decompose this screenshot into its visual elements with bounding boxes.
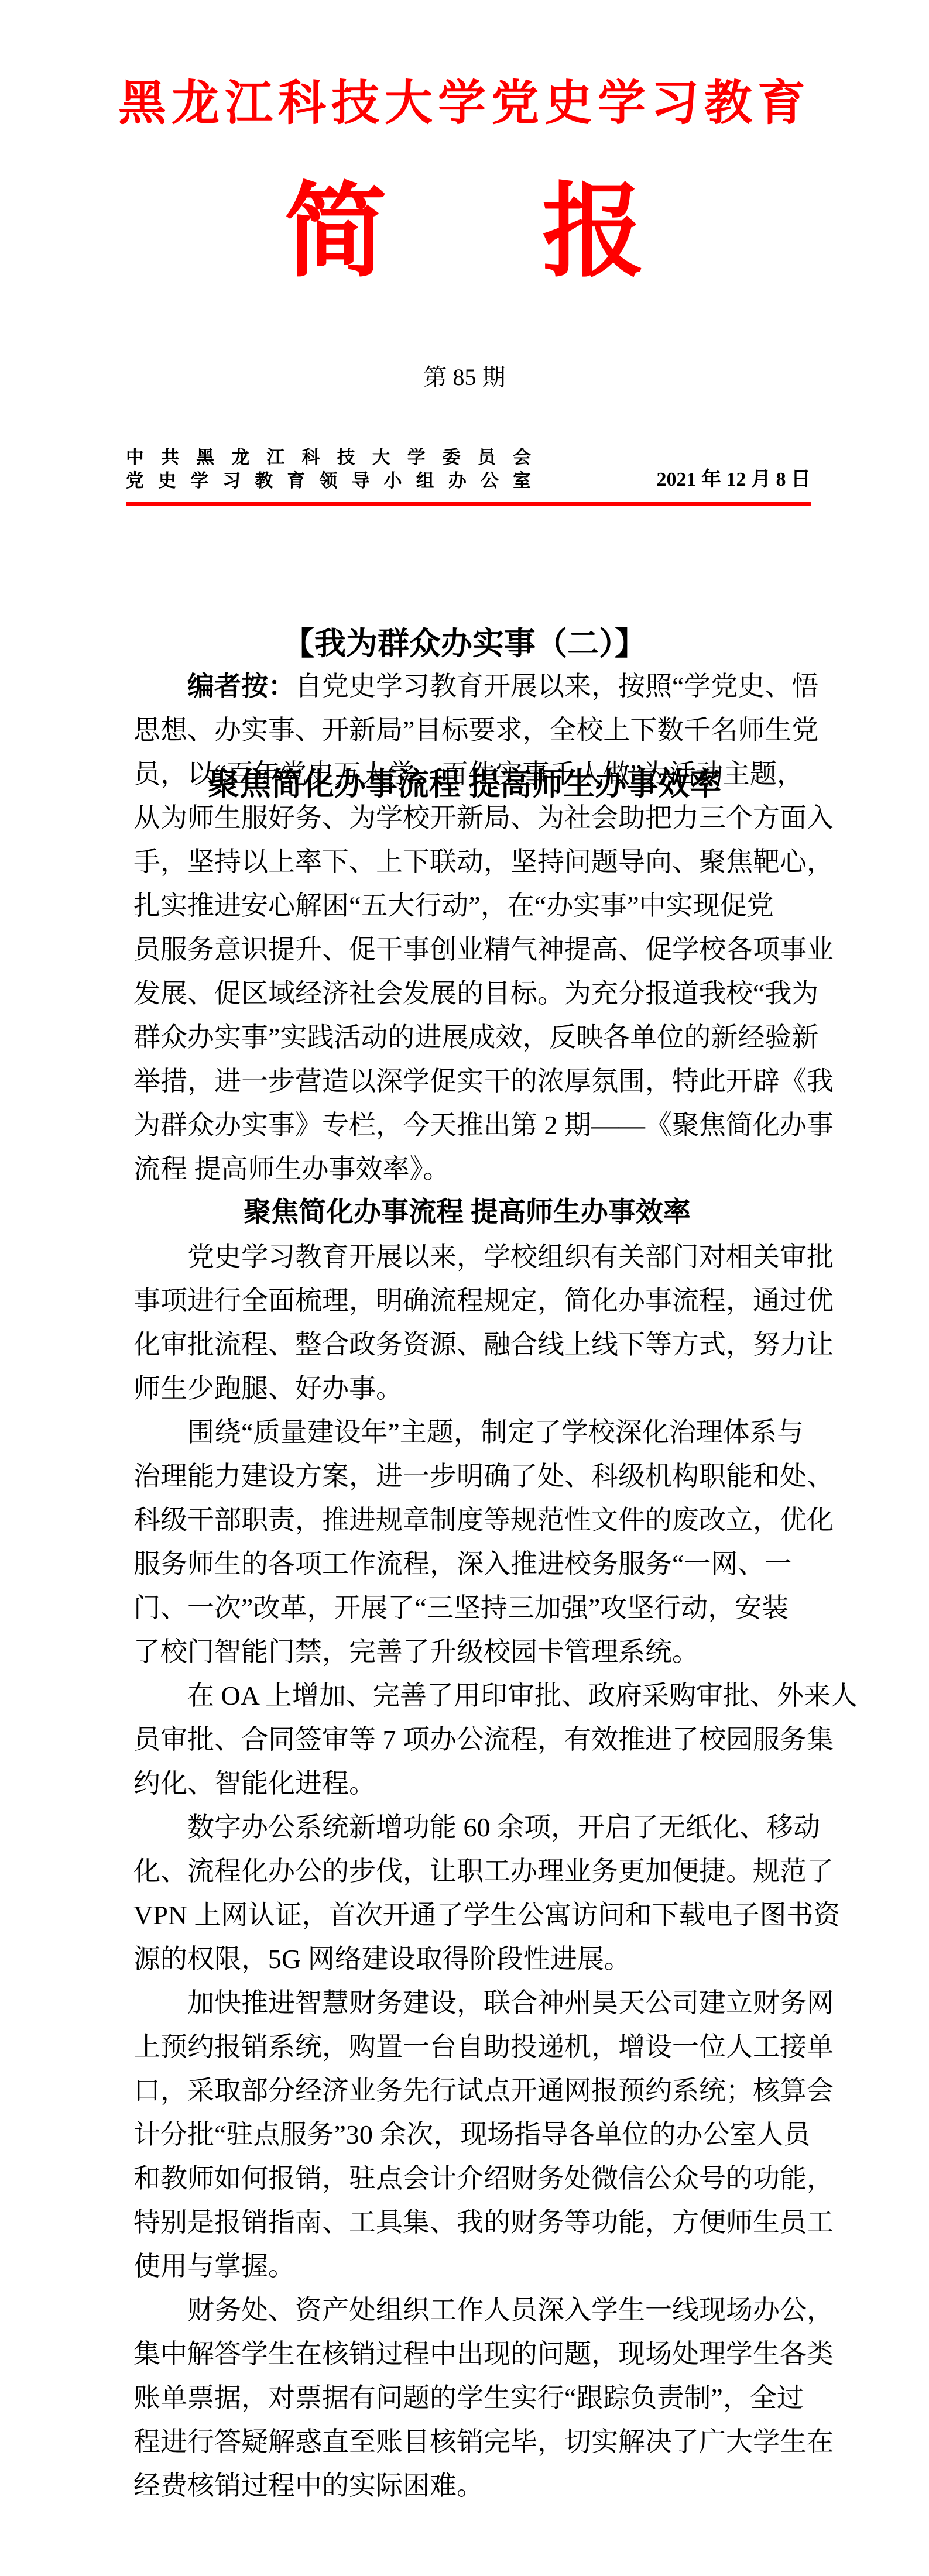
body-line: 手，坚持以上率下、上下联动，坚持问题导向、聚焦靶心，: [133, 840, 801, 884]
publication-date: 2021 年 12 月 8 日: [527, 468, 811, 492]
body-line: 源的权限，5G 网络建设取得阶段性进展。: [133, 1937, 801, 1981]
body-line: 了校门智能门禁，完善了升级校园卡管理系统。: [133, 1630, 801, 1674]
bulletin-title-char-1: 简: [284, 181, 387, 284]
body-line: 财务处、资产处组织工作人员深入学生一线现场办公，: [133, 2288, 801, 2332]
body-line: 门、一次”改革，开展了“三坚持三加强”攻坚行动，安装: [133, 1586, 801, 1630]
body-line: 扎实推进安心解困“五大行动”，在“办实事”中实现促党: [133, 884, 801, 928]
body-line: 数字办公系统新增功能 60 余项，开启了无纸化、移动: [133, 1805, 801, 1849]
body-line: 事项进行全面梳理，明确流程规定，简化办事流程，通过优: [133, 1279, 801, 1323]
body-line: 服务师生的各项工作流程，深入推进校务服务“一网、一: [133, 1542, 801, 1586]
body-line: 员服务意识提升、促干事创业精气神提高、促学校各项事业: [133, 928, 801, 971]
body-line: 程进行答疑解惑直至账目核销完毕，切实解决了广大学生在: [133, 2420, 801, 2464]
body-line: 账单票据，对票据有问题的学生实行“跟踪负责制”，全过: [133, 2376, 801, 2420]
body-line: 员审批、合同签审等 7 项办公流程，有效推进了校园服务集: [133, 1718, 801, 1761]
body-line: 科级干部职责，推进规章制度等规范性文件的废改立，优化: [133, 1498, 801, 1542]
body-line: 在 OA 上增加、完善了用印审批、政府采购审批、外来人: [133, 1674, 801, 1718]
issuer-block: 中 共 黑 龙 江 科 技 大 学 委 员 会 党 史 学 习 教 育 领 导 …: [126, 446, 531, 493]
body-line: 举措，进一步营造以深学促实干的浓厚氛围，特此开辟《我: [133, 1059, 801, 1103]
body-line: 和教师如何报销，驻点会计介绍财务处微信公众号的功能，: [133, 2156, 801, 2200]
body-line: VPN 上网认证，首次开通了学生公寓访问和下载电子图书资: [133, 1893, 801, 1937]
issue-number: 第 85 期: [0, 364, 929, 390]
body-line: 群众办实事”实践活动的进展成效，反映各单位的新经验新: [133, 1015, 801, 1059]
body-line: 围绕“质量建设年”主题，制定了学校深化治理体系与: [133, 1410, 801, 1454]
body-line: 特别是报销指南、工具集、我的财务等功能，方便师生员工: [133, 2200, 801, 2244]
body-line: 化审批流程、整合政务资源、融合线上线下等方式，努力让: [133, 1323, 801, 1366]
bulletin-title: 简 报: [0, 181, 929, 284]
body-line: 化、流程化办公的步伐，让职工办理业务更加便捷。规范了: [133, 1849, 801, 1893]
body-line: 发展、促区域经济社会发展的目标。为充分报道我校“我为: [133, 971, 801, 1015]
body-line: 从为师生服好务、为学校开新局、为社会助把力三个方面入: [133, 796, 801, 840]
masthead-org-title: 黑龙江科技大学党史学习教育: [0, 80, 929, 128]
body-line: 思想、办实事、开新局”目标要求，全校上下数千名师生党: [133, 708, 801, 752]
article-title-line-1: 【我为群众办实事（二）】: [0, 620, 929, 667]
body-line: 师生少跑腿、好办事。: [133, 1366, 801, 1410]
body-line: 流程 提高师生办事效率》。: [133, 1147, 801, 1191]
section-heading: 聚焦简化办事流程 提高师生办事效率: [133, 1191, 801, 1235]
body-line: 员，以“百年党史万人学，百件实事千人做”为活动主题，: [133, 752, 801, 796]
body-line: 为群众办实事》专栏，今天推出第 2 期——《聚焦简化办事: [133, 1103, 801, 1147]
editor-note-label: 编者按：: [187, 671, 295, 701]
issuer-line-1: 中 共 黑 龙 江 科 技 大 学 委 员 会: [126, 446, 531, 469]
body-line: 经费核销过程中的实际困难。: [133, 2464, 801, 2508]
bulletin-title-char-2: 报: [542, 181, 645, 284]
body-line: 治理能力建设方案，进一步明确了处、科级机构职能和处、: [133, 1454, 801, 1498]
body-line: 约化、智能化进程。: [133, 1761, 801, 1805]
body-line: 口，采取部分经济业务先行试点开通网报预约系统；核算会: [133, 2069, 801, 2113]
issuer-line-2: 党 史 学 习 教 育 领 导 小 组 办 公 室: [126, 469, 531, 493]
body-line: 使用与掌握。: [133, 2244, 801, 2288]
bulletin-document-page: 黑龙江科技大学党史学习教育 简 报 第 85 期 中 共 黑 龙 江 科 技 大…: [0, 0, 929, 2576]
body-line: 党史学习教育开展以来，学校组织有关部门对相关审批: [133, 1235, 801, 1279]
body-line: 上预约报销系统，购置一台自助投递机，增设一位人工接单: [133, 2025, 801, 2069]
body-line: 集中解答学生在核销过程中出现的问题，现场处理学生各类: [133, 2332, 801, 2376]
body-line: 计分批“驻点服务”30 余次，现场指导各单位的办公室人员: [133, 2113, 801, 2156]
masthead-divider-rule: [126, 502, 811, 506]
body-line: 编者按：自党史学习教育开展以来，按照“学党史、悟: [133, 664, 801, 708]
article-body: 编者按：自党史学习教育开展以来，按照“学党史、悟思想、办实事、开新局”目标要求，…: [133, 664, 801, 2508]
body-line: 加快推进智慧财务建设，联合神州昊天公司建立财务网: [133, 1981, 801, 2025]
